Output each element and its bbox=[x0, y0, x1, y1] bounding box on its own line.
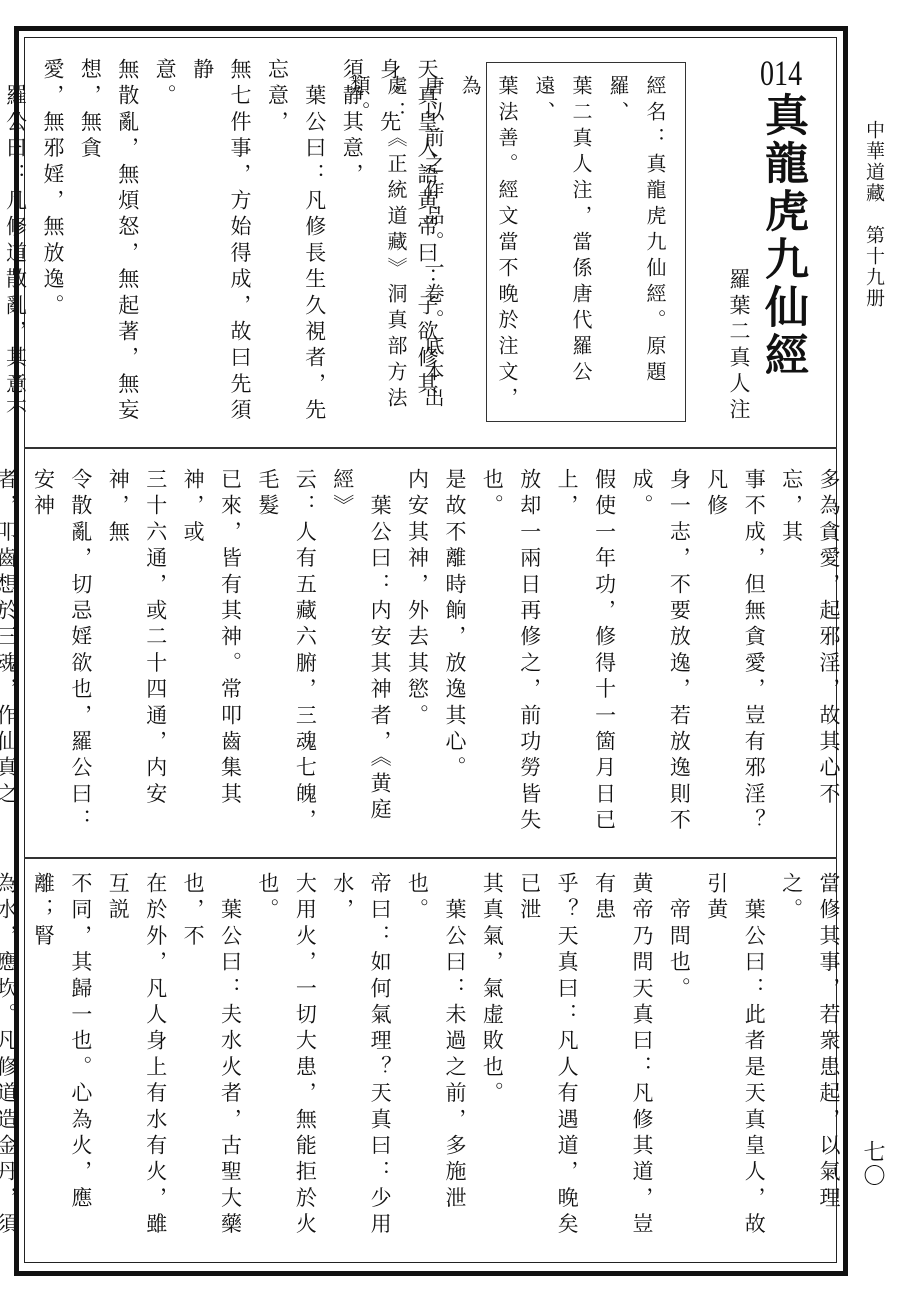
text-section-top: 天真皇人語黄帝曰：子欲修其身，先須静其意， 葉公曰：凡修長生久視者，先忘意，無七… bbox=[0, 58, 445, 443]
text-column: 在於外，凡人身上有水有火，雖互説 bbox=[99, 872, 174, 1257]
text-column: 者，叩齒想於三魂，作仙真之形，人 bbox=[0, 468, 24, 853]
text-column: 當修其事，若衆患起，以氣理之。 bbox=[772, 872, 847, 1257]
scripture-number: 014 bbox=[760, 52, 802, 94]
page-number: 七〇 bbox=[858, 1140, 888, 1188]
text-column: 為水，應坎。凡修道造金丹，須憑龍 bbox=[0, 872, 24, 1257]
text-column: 令散亂，切忌婬欲也，羅公曰：安神 bbox=[24, 468, 99, 853]
text-column: 放却一兩日再修之，前功勞皆失也。 bbox=[473, 468, 548, 853]
text-column: 葉二真人注，當係唐代羅公遠、 bbox=[525, 75, 599, 421]
text-column: 葉公曰：内安其神者，《黄庭經》 bbox=[323, 468, 398, 853]
text-section-bottom: 當修其事，若衆患起，以氣理之。 葉公曰：此者是天真皇人，故引黄 帝問也。黄帝乃問… bbox=[0, 872, 847, 1257]
text-column: 葉公曰：凡修長生久視者，先忘意， bbox=[258, 58, 333, 443]
text-column: 身一志，不要放逸，若放逸則不成。 bbox=[623, 468, 698, 853]
text-column: 大用火，一切大患，無能拒於火也。 bbox=[249, 872, 324, 1257]
running-header-collection: 中華道藏 第十九册 bbox=[858, 120, 888, 309]
text-column: 内安其神，外去其慾。 bbox=[398, 468, 435, 853]
text-column: 帝曰：如何氣理？天真曰：少用水， bbox=[323, 872, 398, 1257]
text-column: 葉公曰：夫水火者，古聖大藥也，不 bbox=[174, 872, 249, 1257]
text-column: 是故不離時餉，放逸其心。 bbox=[436, 468, 473, 853]
text-column: 意。 bbox=[146, 58, 183, 443]
text-column: 三十六通，或二十四通，内安神，無 bbox=[99, 468, 174, 853]
bibliographic-note-box: 經名：真龍虎九仙經。原題羅、葉二真人注，當係唐代羅公遠、葉法善。經文當不晚於注文… bbox=[486, 62, 686, 422]
text-column: 已來，皆有其神。常叩齒集其神，或 bbox=[174, 468, 249, 853]
text-column: 云：人有五藏六腑，三魂七魄，毛髮 bbox=[249, 468, 324, 853]
text-column: 假使一年功，修得十一箇月日已上， bbox=[548, 468, 623, 853]
text-column: 其真氣，氣虚敗也。 bbox=[473, 872, 510, 1257]
text-column: 葉法善。經文當不晚於注文，為 bbox=[451, 75, 525, 421]
text-column: 天真皇人語黄帝曰：子欲修其身，先 bbox=[370, 58, 445, 443]
text-column: 事不成，但無貪愛，豈有邪淫？凡修 bbox=[697, 468, 772, 853]
section-divider-top bbox=[24, 447, 837, 449]
text-column: 多為貪愛，起邪淫，故其心不忘，其 bbox=[772, 468, 847, 853]
scripture-annotator: 羅葉二真人注 bbox=[724, 268, 754, 424]
scripture-title: 真龍虎九仙經 bbox=[752, 92, 812, 380]
text-column: 不同，其歸一也。心為火，應離；腎 bbox=[24, 872, 99, 1257]
text-column: 葉公曰：未過之前，多施泄也。 bbox=[398, 872, 473, 1257]
section-divider-bottom bbox=[24, 857, 837, 859]
text-column: 黄帝乃問天真曰：凡修其道，豈有患 bbox=[585, 872, 660, 1257]
text-section-middle: 多為貪愛，起邪淫，故其心不忘，其事不成，但無貪愛，豈有邪淫？凡修身一志，不要放逸… bbox=[0, 468, 847, 853]
text-column: 乎？天真曰：凡人有遇道，晚矣已泄 bbox=[510, 872, 585, 1257]
text-column: 須静其意， bbox=[333, 58, 370, 443]
text-column: 愛，無邪婬，無放逸。 bbox=[34, 58, 71, 443]
text-column: 無散亂，無煩怒，無起著，無妄想，無貪 bbox=[71, 58, 146, 443]
text-column: 葉公曰：此者是天真皇人，故引黄 bbox=[697, 872, 772, 1257]
text-column: 帝問也。 bbox=[660, 872, 697, 1257]
text-column: 經名：真龍虎九仙經。原題羅、 bbox=[599, 75, 673, 421]
text-column: 無七件事，方始得成，故曰先須静 bbox=[183, 58, 258, 443]
text-column: 羅公曰：凡修道散亂，其意不堅，何 bbox=[0, 58, 34, 443]
